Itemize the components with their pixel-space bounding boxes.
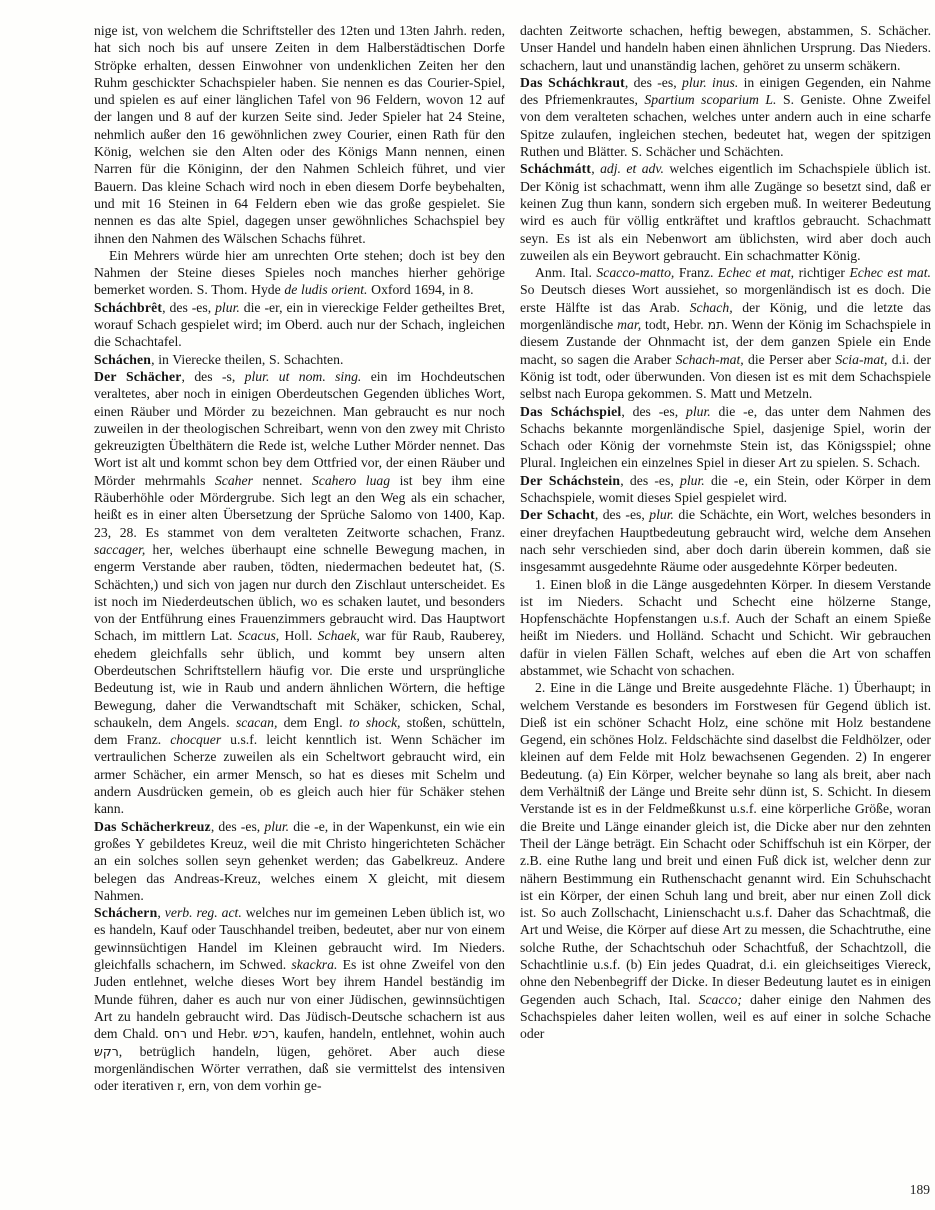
- text-run: die Perser aber: [744, 352, 836, 367]
- headword: Das Scháchkraut: [520, 75, 625, 90]
- italic-term: Scahero luag: [312, 473, 390, 488]
- hebrew-word: שכר: [253, 1026, 276, 1041]
- italic-term: plur.: [686, 404, 711, 419]
- dictionary-entry: Das Scháchkraut, des -es, plur. inus. in…: [520, 74, 931, 160]
- text-run: ein im Hochdeutschen veraltetes, aber no…: [94, 369, 505, 488]
- italic-term: to shock,: [349, 715, 401, 730]
- headword: Das Schächerkreuz: [94, 819, 211, 834]
- italic-term: mar,: [617, 317, 641, 332]
- text-columns: nige ist, von welchem die Schriftsteller…: [94, 22, 932, 1094]
- italic-term: plur.: [215, 300, 240, 315]
- italic-term: de ludis orient.: [284, 282, 367, 297]
- text-run: , des -es,: [620, 473, 680, 488]
- headword: Das Scháchspiel: [520, 404, 621, 419]
- text-run: , in Vierecke theilen, S. Schachten.: [151, 352, 343, 367]
- scanned-dictionary-page: nige ist, von welchem die Schriftsteller…: [0, 0, 935, 1210]
- italic-term: Schach-mat,: [676, 352, 744, 367]
- text-run: , des -es,: [595, 507, 649, 522]
- dictionary-entry: Der Schacht, des -es, plur. die Schächte…: [520, 506, 931, 575]
- italic-term: Schaek,: [318, 628, 360, 643]
- headword: Der Scháchstein: [520, 473, 620, 488]
- italic-term: Echec est mat.: [849, 265, 931, 280]
- italic-term: chocquer: [170, 732, 221, 747]
- text-run: Oxford 1694, in 8.: [367, 282, 473, 297]
- italic-term: verb. reg. act.: [165, 905, 242, 920]
- text-paragraph: Anm. Ital. Scacco-matto, Franz. Echec et…: [520, 264, 931, 402]
- text-run: , des -es,: [211, 819, 265, 834]
- text-run: Holl.: [279, 628, 317, 643]
- dictionary-entry: Der Scháchstein, des -es, plur. die -e, …: [520, 472, 931, 507]
- italic-term: plur.: [680, 473, 705, 488]
- italic-term: saccager,: [94, 542, 145, 557]
- text-paragraph: 1. Einen bloß in die Länge ausgedehnten …: [520, 576, 931, 680]
- text-run: richtiger: [794, 265, 849, 280]
- text-run: , des -es,: [625, 75, 682, 90]
- italic-term: Scacco;: [699, 992, 742, 1007]
- dictionary-entry: Scháchen, in Vierecke theilen, S. Schach…: [94, 351, 505, 368]
- dictionary-entry: Das Schächerkreuz, des -es, plur. die -e…: [94, 818, 505, 904]
- italic-term: plur.: [649, 507, 674, 522]
- text-paragraph: nige ist, von welchem die Schriftsteller…: [94, 22, 505, 247]
- text-paragraph: Ein Mehrers würde hier am unrechten Orte…: [94, 247, 505, 299]
- text-run: , des -s,: [182, 369, 245, 384]
- text-run: dachten Zeitworte schachen, heftig beweg…: [520, 23, 931, 73]
- text-run: ,: [591, 161, 600, 176]
- text-run: 2. Eine in die Länge und Breite ausgedeh…: [520, 680, 931, 1006]
- italic-term: Scaher: [215, 473, 253, 488]
- text-run: nennet.: [253, 473, 312, 488]
- dictionary-entry: Das Scháchspiel, des -es, plur. die -e, …: [520, 403, 931, 472]
- hebrew-word: סחר: [164, 1026, 187, 1041]
- italic-term: Spartium scoparium L.: [644, 92, 776, 107]
- italic-term: plur. ut nom. sing.: [245, 369, 362, 384]
- text-run: und Hebr.: [187, 1026, 253, 1041]
- text-paragraph: 2. Eine in die Länge und Breite ausgedeh…: [520, 679, 931, 1042]
- text-run: , kaufen, handeln, entlehnet, wohin auch: [275, 1026, 505, 1041]
- italic-term: Scacus,: [238, 628, 279, 643]
- italic-term: Scia-mat,: [835, 352, 887, 367]
- headword: Der Schächer: [94, 369, 182, 384]
- text-run: dem Engl.: [277, 715, 349, 730]
- headword: Der Schacht: [520, 507, 595, 522]
- text-run: Franz.: [674, 265, 718, 280]
- italic-term: plur. inus.: [682, 75, 738, 90]
- page-number: 189: [910, 1182, 930, 1198]
- italic-term: Schach,: [690, 300, 733, 315]
- hebrew-word: שקר: [94, 1044, 119, 1059]
- italic-term: skackra.: [291, 957, 337, 972]
- italic-term: scacan,: [236, 715, 277, 730]
- dictionary-entry: Scháchern, verb. reg. act. welches nur i…: [94, 904, 505, 1094]
- right-column: dachten Zeitworte schachen, heftig beweg…: [520, 22, 931, 1094]
- dictionary-entry: Der Schächer, des -s, plur. ut nom. sing…: [94, 368, 505, 818]
- italic-term: Scacco-matto,: [596, 265, 674, 280]
- text-paragraph: dachten Zeitworte schachen, heftig beweg…: [520, 22, 931, 74]
- text-run: 1. Einen bloß in die Länge ausgedehnten …: [520, 577, 931, 678]
- text-run: Anm. Ital.: [535, 265, 596, 280]
- italic-term: adj. et adv.: [600, 161, 664, 176]
- headword: Scháchen: [94, 352, 151, 367]
- text-run: welches eigentlich im Schachspiele üblic…: [520, 161, 931, 262]
- text-run: ,: [157, 905, 164, 920]
- headword: Scháchern: [94, 905, 157, 920]
- headword: Scháchmátt: [520, 161, 591, 176]
- italic-term: Echec et mat,: [718, 265, 794, 280]
- hebrew-word: מת: [708, 317, 725, 332]
- italic-term: plur.: [264, 819, 289, 834]
- dictionary-entry: Scháchbrêt, des -es, plur. die -er, ein …: [94, 299, 505, 351]
- text-run: , des -es,: [162, 300, 215, 315]
- text-run: , betrüglich handeln, lügen, gehöret. Ab…: [94, 1044, 505, 1094]
- text-run: todt, Hebr.: [641, 317, 707, 332]
- text-run: nige ist, von welchem die Schriftsteller…: [94, 23, 505, 246]
- dictionary-entry: Scháchmátt, adj. et adv. welches eigentl…: [520, 160, 931, 264]
- left-column: nige ist, von welchem die Schriftsteller…: [94, 22, 505, 1094]
- text-run: , des -es,: [621, 404, 686, 419]
- headword: Scháchbrêt: [94, 300, 162, 315]
